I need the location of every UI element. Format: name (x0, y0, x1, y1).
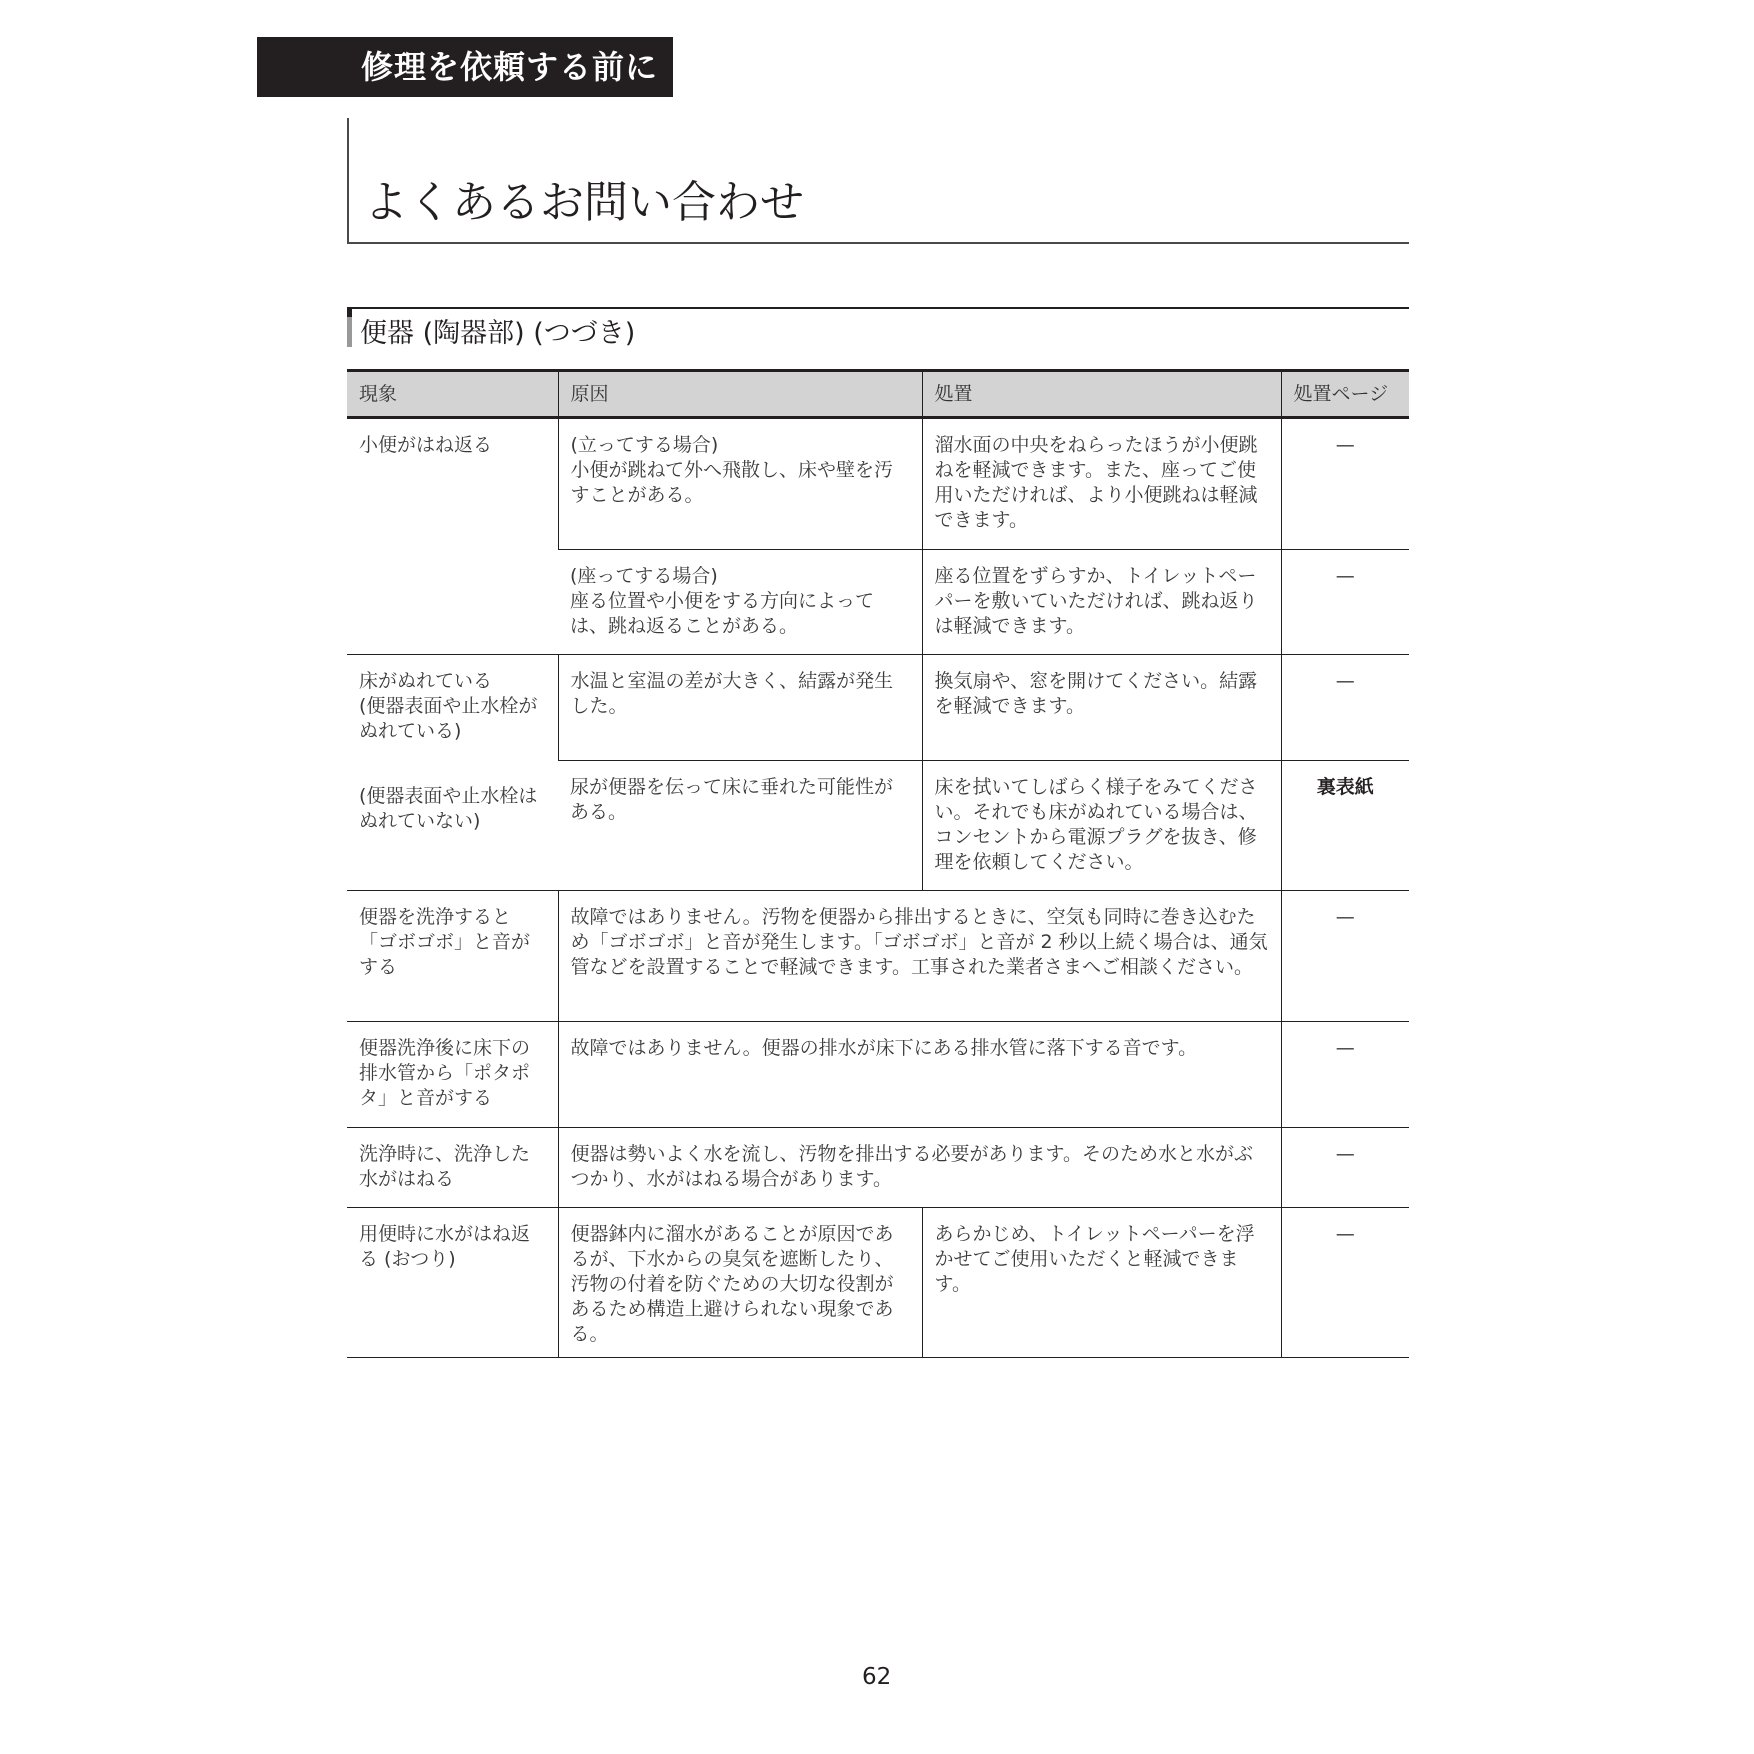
table-row: 便器を洗浄すると「ゴボゴボ」と音がする 故障ではありません。汚物を便器から排出す… (347, 891, 1409, 1022)
table-header-row: 現象 原因 処置 処置ページ (347, 371, 1409, 418)
page-ref: — (1336, 434, 1355, 456)
remedy-cell: あらかじめ、トイレットペーパーを浮かせてご使用いただくと軽減できます。 (922, 1208, 1281, 1358)
cause-remedy-text: 故障ではありません。便器の排水が床下にある排水管に落下する音です。 (571, 1037, 1198, 1059)
symptom-text: 用便時に水がはね返る (おつり) (359, 1223, 530, 1270)
cause-cell: (立ってする場合) 小便が跳ねて外へ飛散し、床や壁を汚すことがある。 (558, 418, 922, 550)
page-ref: — (1336, 1223, 1355, 1245)
symptom-cell: 便器洗浄後に床下の排水管から「ポタポタ」と音がする (347, 1022, 558, 1128)
cause-text: 水温と室温の差が大きく、結露が発生した。 (571, 670, 894, 717)
section-heading: 便器 (陶器部) (つづき) (347, 307, 1409, 349)
cause-text: 便器鉢内に溜水があることが原因であるが、下水からの臭気を遮断したり、汚物の付着を… (571, 1223, 894, 1345)
symptom-condition-wet: (便器表面や止水栓がぬれている) (359, 694, 546, 744)
cause-remedy-cell: 故障ではありません。汚物を便器から排出するときに、空気も同時に巻き込むため「ゴボ… (558, 891, 1281, 1022)
page-ref: — (1336, 906, 1355, 928)
page-ref-cell: — (1281, 891, 1409, 1022)
page-ref: — (1336, 1037, 1355, 1059)
cause-cell: 尿が便器を伝って床に垂れた可能性がある。 (558, 761, 922, 891)
cause-text: 小便が跳ねて外へ飛散し、床や壁を汚すことがある。 (571, 458, 910, 508)
chapter-title: 修理を依頼する前に (361, 48, 658, 86)
page-ref-cell: — (1281, 1022, 1409, 1128)
page-ref: — (1336, 1143, 1355, 1165)
faq-table: 現象 原因 処置 処置ページ 小便がはね返る (立ってする場合) 小便が跳ねて外… (347, 369, 1409, 1358)
symptom-text: 便器洗浄後に床下の排水管から「ポタポタ」と音がする (359, 1037, 530, 1109)
symptom-cell: 床がぬれている (便器表面や止水栓がぬれている) (便器表面や止水栓はぬれていな… (347, 655, 558, 891)
page-ref-cell: — (1281, 1208, 1409, 1358)
page-ref-cell: — (1281, 1128, 1409, 1208)
cause-text: 座る位置や小便をする方向によっては、跳ね返ることがある。 (570, 589, 910, 639)
symptom-condition-dry: (便器表面や止水栓はぬれていない) (359, 784, 546, 834)
cause-condition: (座ってする場合) (570, 564, 910, 589)
cause-cell: 便器鉢内に溜水があることが原因であるが、下水からの臭気を遮断したり、汚物の付着を… (558, 1208, 922, 1358)
page-title: よくあるお問い合わせ (364, 166, 804, 230)
section-title: 便器 (陶器部) (つづき) (360, 311, 635, 350)
header-remedy: 処置 (922, 371, 1281, 418)
symptom-text: 小便がはね返る (359, 434, 492, 456)
symptom-cell: 便器を洗浄すると「ゴボゴボ」と音がする (347, 891, 558, 1022)
page-number: 62 (862, 1664, 891, 1690)
header-cause: 原因 (558, 371, 922, 418)
cause-cell: (座ってする場合) 座る位置や小便をする方向によっては、跳ね返ることがある。 (558, 550, 922, 655)
page-ref-cell: — (1281, 550, 1409, 655)
remedy-cell: 溜水面の中央をねらったほうが小便跳ねを軽減できます。また、座ってご使用いただけれ… (922, 418, 1281, 550)
chapter-title-bar: 修理を依頼する前に (257, 37, 673, 97)
page-ref-cell: — (1281, 418, 1409, 550)
table-row: 用便時に水がはね返る (おつり) 便器鉢内に溜水があることが原因であるが、下水か… (347, 1208, 1409, 1358)
header-symptom: 現象 (347, 371, 558, 418)
cause-condition: (立ってする場合) (571, 433, 910, 458)
symptom-text: 便器を洗浄すると「ゴボゴボ」と音がする (359, 906, 530, 978)
cause-remedy-cell: 便器は勢いよく水を流し、汚物を排出する必要があります。そのため水と水がぶつかり、… (558, 1128, 1281, 1208)
remedy-text: 座る位置をずらすか、トイレットペーパーを敷いていただければ、跳ね返りは軽減できま… (935, 565, 1258, 637)
page-ref-back-cover: 裏表紙 (1317, 776, 1374, 798)
page-ref: — (1336, 565, 1355, 587)
cause-cell: 水温と室温の差が大きく、結露が発生した。 (558, 655, 922, 761)
section-accent-bar (347, 309, 352, 347)
page-ref-cell: — (1281, 655, 1409, 761)
symptom-cell: 小便がはね返る (347, 418, 558, 655)
page-ref: — (1336, 670, 1355, 692)
table-row: 小便がはね返る (立ってする場合) 小便が跳ねて外へ飛散し、床や壁を汚すことがあ… (347, 418, 1409, 550)
table-row: 床がぬれている (便器表面や止水栓がぬれている) (便器表面や止水栓はぬれていな… (347, 655, 1409, 761)
cause-remedy-cell: 故障ではありません。便器の排水が床下にある排水管に落下する音です。 (558, 1022, 1281, 1128)
remedy-text: 溜水面の中央をねらったほうが小便跳ねを軽減できます。また、座ってご使用いただけれ… (935, 434, 1258, 531)
page-title-block: よくあるお問い合わせ (347, 118, 1409, 244)
page-ref-cell: 裏表紙 (1281, 761, 1409, 891)
header-page: 処置ページ (1281, 371, 1409, 418)
cause-remedy-text: 故障ではありません。汚物を便器から排出するときに、空気も同時に巻き込むため「ゴボ… (571, 906, 1268, 978)
table-row: 便器洗浄後に床下の排水管から「ポタポタ」と音がする 故障ではありません。便器の排… (347, 1022, 1409, 1128)
remedy-cell: 換気扇や、窓を開けてください。結露を軽減できます。 (922, 655, 1281, 761)
symptom-cell: 用便時に水がはね返る (おつり) (347, 1208, 558, 1358)
remedy-text: あらかじめ、トイレットペーパーを浮かせてご使用いただくと軽減できます。 (935, 1223, 1255, 1295)
symptom-cell: 洗浄時に、洗浄した水がはねる (347, 1128, 558, 1208)
table-row: 洗浄時に、洗浄した水がはねる 便器は勢いよく水を流し、汚物を排出する必要がありま… (347, 1128, 1409, 1208)
cause-text: 尿が便器を伝って床に垂れた可能性がある。 (570, 776, 893, 823)
remedy-cell: 座る位置をずらすか、トイレットペーパーを敷いていただければ、跳ね返りは軽減できま… (922, 550, 1281, 655)
cause-remedy-text: 便器は勢いよく水を流し、汚物を排出する必要があります。そのため水と水がぶつかり、… (571, 1143, 1253, 1190)
symptom-text: 床がぬれている (359, 669, 546, 694)
remedy-text: 床を拭いてしばらく様子をみてください。それでも床がぬれている場合は、コンセントか… (935, 776, 1258, 873)
remedy-text: 換気扇や、窓を開けてください。結露を軽減できます。 (935, 670, 1258, 717)
remedy-cell: 床を拭いてしばらく様子をみてください。それでも床がぬれている場合は、コンセントか… (922, 761, 1281, 891)
symptom-text: 洗浄時に、洗浄した水がはねる (359, 1143, 530, 1190)
